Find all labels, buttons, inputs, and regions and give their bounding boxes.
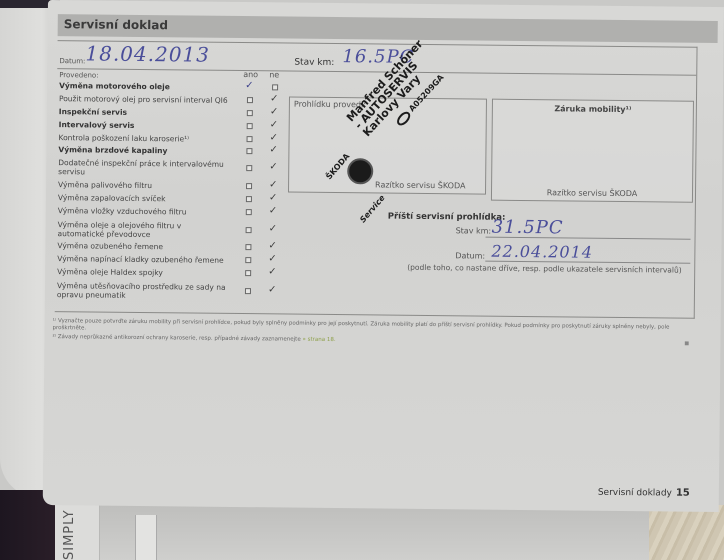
checkbox-no[interactable]: ✓ xyxy=(268,267,276,277)
checklist-item-label: Výměna ozubeného řemene xyxy=(57,241,237,252)
checkbox-yes[interactable] xyxy=(247,136,253,142)
checklist-item-label: Výměna motorového oleje xyxy=(59,81,239,92)
performed-label: Provedeno: xyxy=(59,71,98,79)
checkbox-yes[interactable] xyxy=(247,110,253,116)
checkbox-yes[interactable]: ✓ xyxy=(245,81,253,91)
checklist-item-label: Kontrola poškození laku karoserie¹⁾ xyxy=(59,133,239,144)
checkbox-yes[interactable] xyxy=(247,123,253,129)
checkbox-no[interactable]: ✓ xyxy=(270,94,278,104)
footer-section-title: Servisní doklady xyxy=(598,488,672,499)
km-label: Stav km: xyxy=(294,58,334,68)
date-km-row: Datum: 18.04.2013 Stav km: 16.5PC xyxy=(57,41,696,76)
mobility-label: Záruka mobility¹⁾ xyxy=(493,104,693,115)
checkbox-yes[interactable] xyxy=(245,257,251,263)
next-date-label: Datum: xyxy=(455,251,485,260)
next-km-value[interactable]: 31.5PC xyxy=(492,217,564,239)
checklist-item-label: Výměna utěsňovacího prostředku ze sady n… xyxy=(57,281,227,301)
checklist-item-label: Použit motorový olej pro servisní interv… xyxy=(59,94,239,105)
date-value[interactable]: 18.04.2013 xyxy=(85,41,210,66)
checkbox-yes[interactable] xyxy=(246,148,252,154)
checkbox-no[interactable]: ✓ xyxy=(268,254,276,264)
checklist-item-label: Výměna oleje Haldex spojky xyxy=(57,267,237,278)
footnotes: ¹⁾ Vyznačte pouze potvrďte záruku mobili… xyxy=(52,318,692,348)
background-wood-table xyxy=(649,505,724,560)
checkbox-yes[interactable] xyxy=(246,196,252,202)
inspection-stamp-label: Razítko servisu ŠKODA xyxy=(375,180,466,190)
checkbox-no[interactable]: ✓ xyxy=(270,133,278,143)
checklist-item-label: Inspekční servis xyxy=(59,107,239,118)
page-corner-mark: ■ xyxy=(684,341,689,347)
next-km-label: Stav km: xyxy=(456,226,492,235)
checkbox-no[interactable]: ✓ xyxy=(270,120,278,130)
checkbox-yes[interactable] xyxy=(246,183,252,189)
checkbox-no[interactable]: ✓ xyxy=(268,285,276,295)
checklist-item-label: Dodatečné inspekční práce k intervalovém… xyxy=(58,158,228,178)
date-label: Datum: xyxy=(59,57,85,65)
checkbox-no[interactable]: ✓ xyxy=(268,241,276,251)
stamp-service: Service xyxy=(358,193,386,224)
page-reference-link[interactable]: » strana 18. xyxy=(302,337,335,343)
checklist-item-label: Výměna palivového filtru xyxy=(58,180,238,191)
checkbox-yes[interactable] xyxy=(245,270,251,276)
checkbox-no[interactable]: ✓ xyxy=(269,162,277,172)
checkbox-no[interactable]: ✓ xyxy=(269,224,277,234)
checkbox-no[interactable]: ✓ xyxy=(269,145,277,155)
title-bar: Servisní doklad xyxy=(58,14,718,43)
checkbox-yes[interactable] xyxy=(246,209,252,215)
page-title: Servisní doklad xyxy=(64,17,168,32)
footer-page-number: 15 xyxy=(676,488,690,499)
next-km-line xyxy=(486,237,691,240)
checkbox-no[interactable] xyxy=(272,84,278,90)
service-form: Datum: 18.04.2013 Stav km: 16.5PC Proved… xyxy=(55,40,698,319)
checklist-item-label: Výměna napínací kladky ozubeného řemene xyxy=(57,254,237,265)
checkbox-yes[interactable] xyxy=(247,97,253,103)
column-yes-header: ano xyxy=(243,70,258,79)
checklist-item-label: Výměna brzdové kapaliny xyxy=(58,145,238,156)
checkbox-no[interactable]: ✓ xyxy=(269,206,277,216)
column-no-header: ne xyxy=(269,70,279,79)
checklist-item-label: Výměna oleje a olejového filtru v automa… xyxy=(58,220,228,240)
service-record-page: Servisní doklad Datum: 18.04.2013 Stav k… xyxy=(43,0,724,512)
mobility-stamp-label: Razítko servisu ŠKODA xyxy=(492,188,692,199)
next-inspection-title: Příští servisní prohlídka: xyxy=(388,212,506,223)
checklist-item-label: Výměna vložky vzduchového filtru xyxy=(58,206,238,217)
mobility-guarantee-box: Záruka mobility¹⁾ Razítko servisu ŠKODA xyxy=(491,99,694,203)
ruler-strip xyxy=(135,515,157,560)
skoda-logo-icon xyxy=(347,158,373,184)
checkbox-yes[interactable] xyxy=(246,227,252,233)
checklist-item-label: Intervalový servis xyxy=(59,120,239,131)
checkbox-yes[interactable] xyxy=(245,288,251,294)
checkbox-no[interactable]: ✓ xyxy=(269,193,277,203)
checkbox-yes[interactable] xyxy=(245,244,251,250)
next-inspection-note: (podle toho, co nastane dříve, resp. pod… xyxy=(407,263,682,275)
checklist-item-label: Výměna zapalovacích svíček xyxy=(58,193,238,204)
next-date-value[interactable]: 22.04.2014 xyxy=(491,242,593,262)
next-inspection-section: Příští servisní prohlídka: Stav km: 31.5… xyxy=(385,210,696,313)
checkbox-no[interactable]: ✓ xyxy=(269,180,277,190)
checkbox-yes[interactable] xyxy=(246,165,252,171)
checkbox-no[interactable]: ✓ xyxy=(270,107,278,117)
